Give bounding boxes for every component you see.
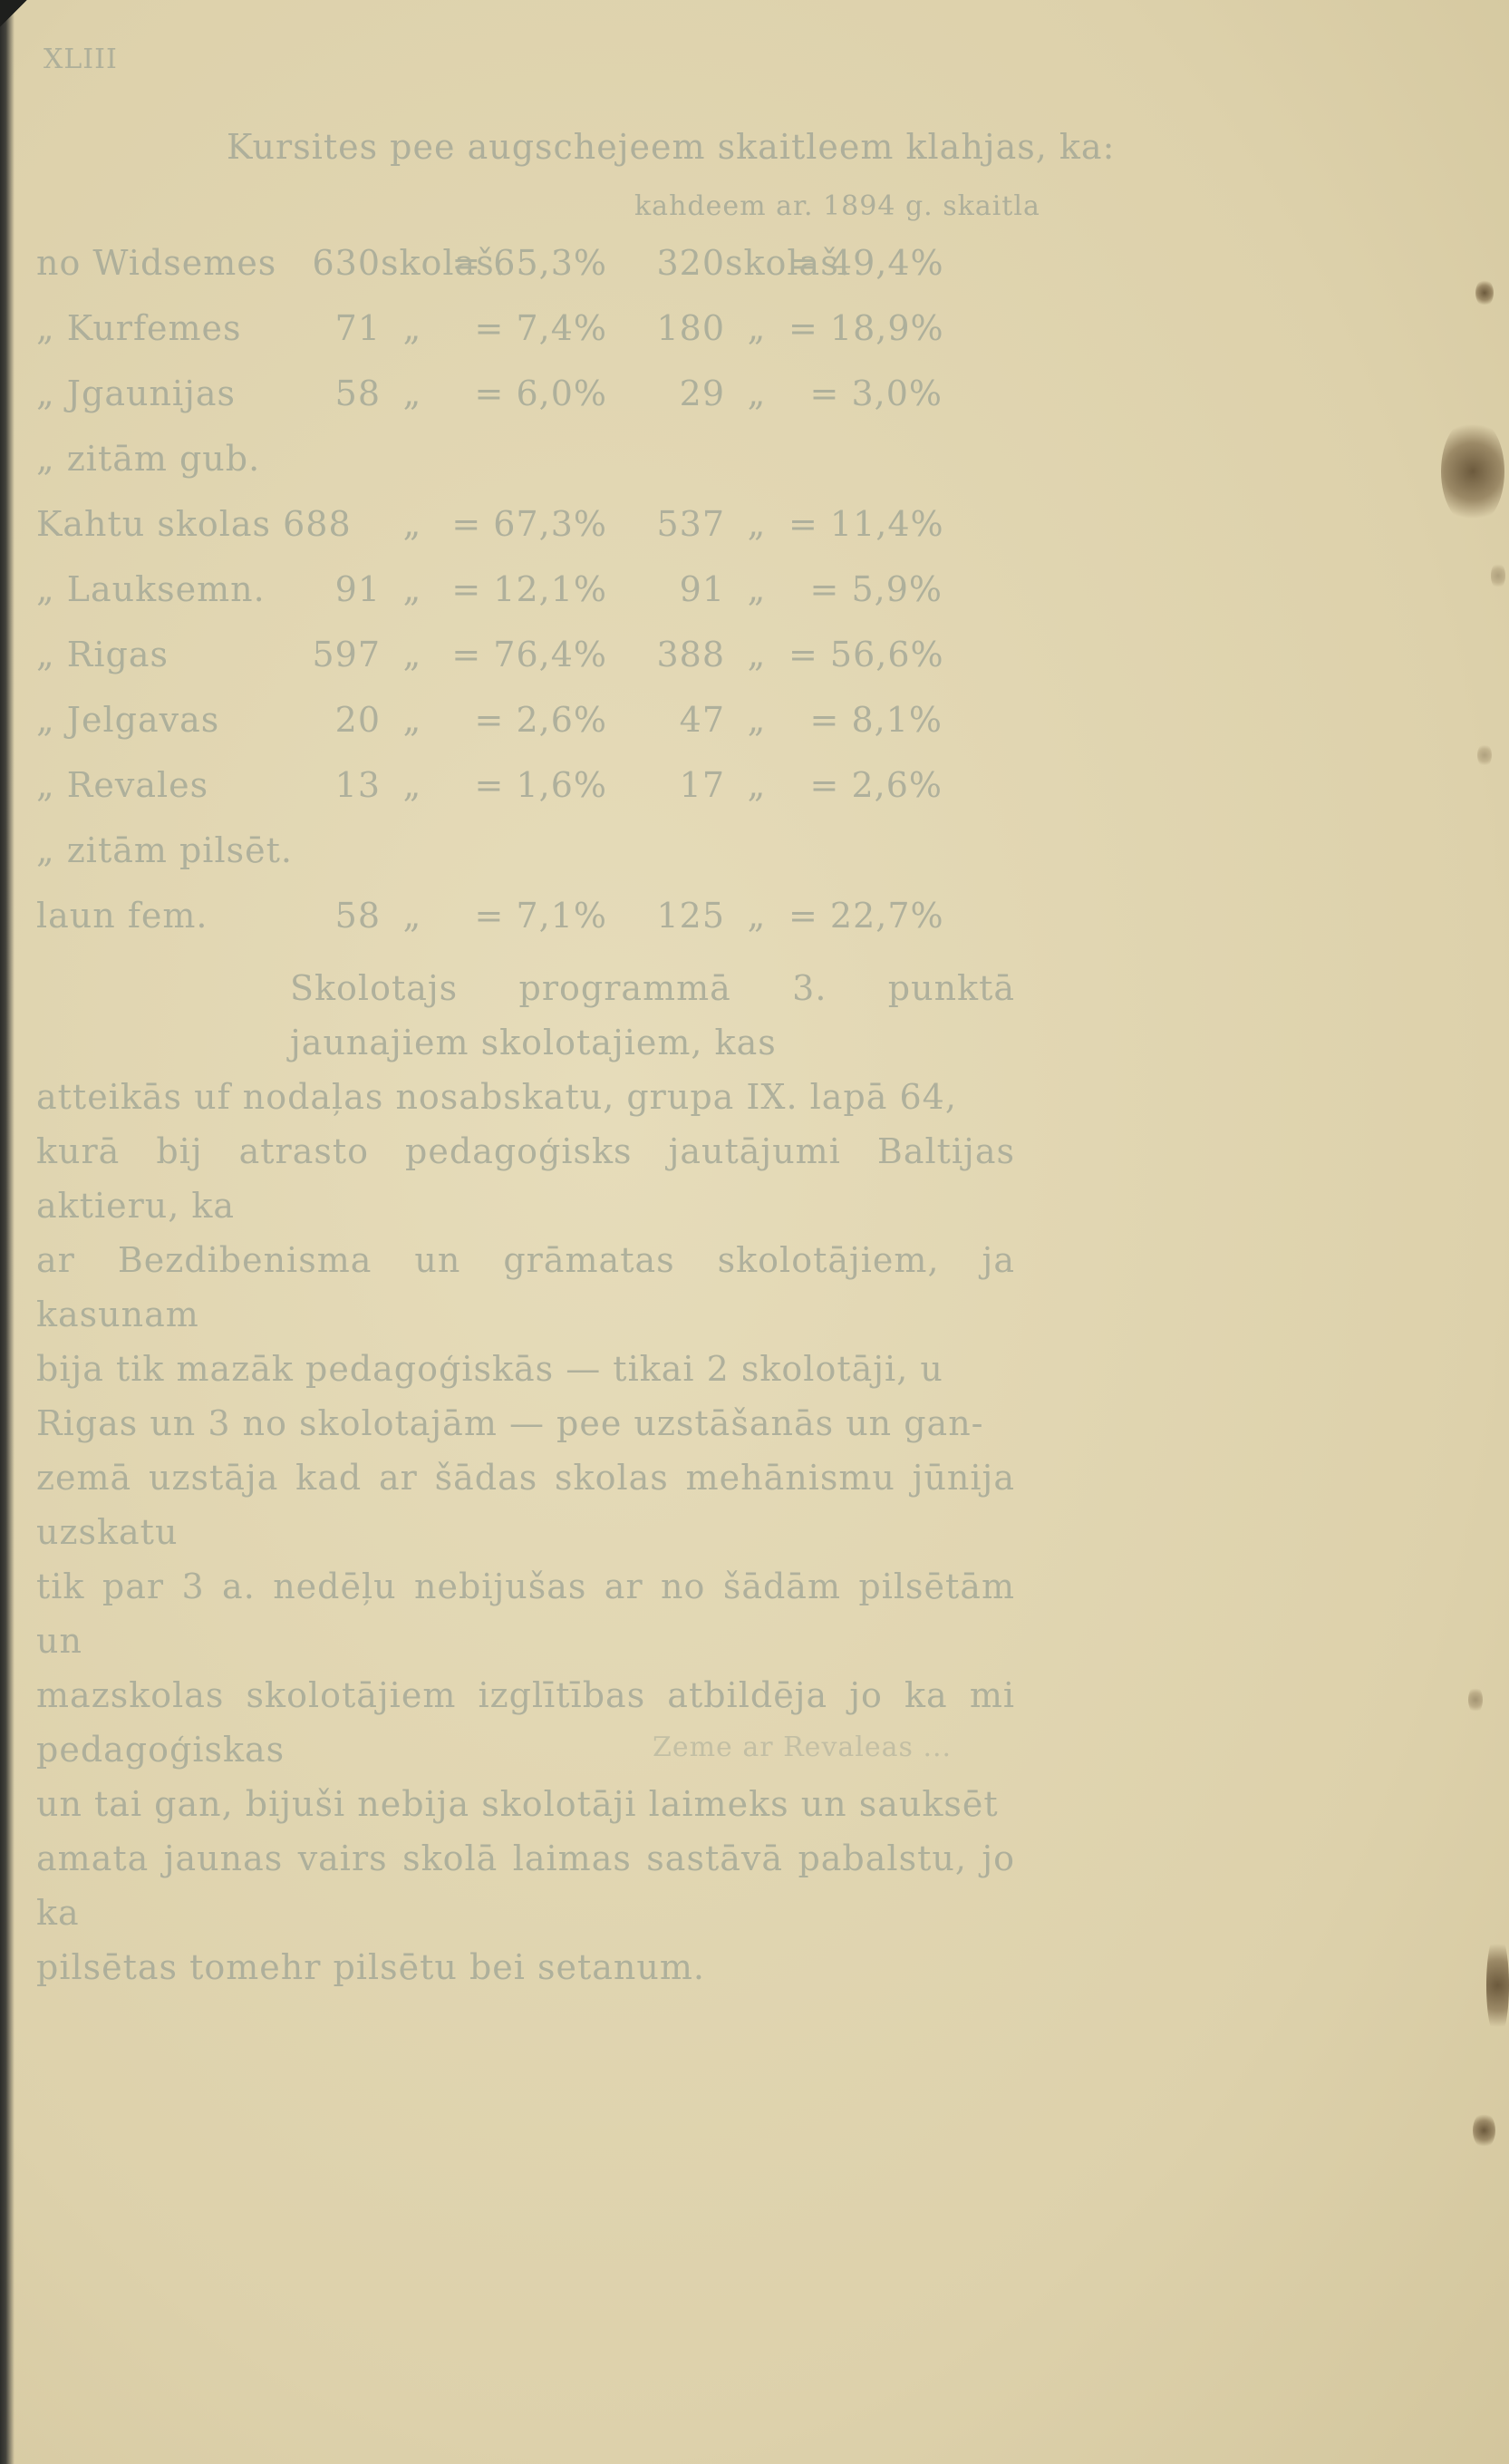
paragraph-line: atteikās uf nodaļas nosabskatu, grupa IX… (36, 1070, 1015, 1124)
table-row: „ zitām gub. (36, 439, 254, 479)
table-row: „ Jelgavas 20 „ = 2,6% 47 „ = 8,1% (36, 700, 943, 740)
table-subheader: kahdeem ar. 1894 g. skaitla (634, 190, 1040, 222)
paper-stain (1486, 1931, 1509, 2040)
paper-stain (1473, 2112, 1495, 2149)
table-row: „ zitām pilsēt. (36, 830, 254, 870)
table-row: „ Lauksemn. 91 „ = 12,1% 91 „ = 5,9% (36, 569, 943, 609)
table-row: „ Revales 13 „ = 1,6% 17 „ = 2,6% (36, 765, 943, 805)
body-paragraph: Skolotajs programmā 3. punktā jaunajiem … (36, 961, 1015, 1994)
paragraph-line: tik par 3 a. nedēļu nebijušas ar no šādā… (36, 1559, 1015, 1668)
paragraph-line: Rigas un 3 no skolotajām — pee uzstāšanā… (36, 1396, 1015, 1450)
paragraph-line: ar Bezdibenisma un grāmatas skolotājiem,… (36, 1233, 1015, 1342)
table-row: „ Jgaunijas 58 „ = 6,0% 29 „ = 3,0% (36, 373, 943, 413)
scan-edge (0, 0, 15, 2464)
paragraph-line: zemā uzstāja kad ar šādas skolas mehānis… (36, 1450, 1015, 1559)
paragraph-line: pilsētas tomehr pilsētu bei setanum. (36, 1940, 1015, 1994)
paragraph-line: bija tik mazāk pedagoģiskās — tikai 2 sk… (36, 1342, 1015, 1396)
table-row: no Widsemes 630 skolaš. = 65,3% 320 skol… (36, 243, 943, 283)
table-row: „ Rigas 597 „ = 76,4% 388 „ = 56,6% (36, 635, 943, 674)
paper-stain (1468, 1686, 1483, 1713)
paper-stain (1491, 562, 1505, 589)
table-row: „ Kurfemes 71 „ = 7,4% 180 „ = 18,9% (36, 308, 943, 348)
page-number: XLIII (44, 44, 118, 75)
paragraph-line: un tai gan, bijuši nebija skolotāji laim… (36, 1777, 1015, 1831)
paper-stain (1441, 417, 1504, 526)
paragraph-line: kurā bij atrasto pedagoģisks jautājumi B… (36, 1124, 1015, 1233)
show-through-footnote: Zeme ar Revaleas ... (653, 1732, 952, 1763)
table-row: Kahtu skolas 688 „ = 67,3% 537 „ = 11,4% (36, 504, 943, 544)
paragraph-line: Skolotajs programmā 3. punktā jaunajiem … (36, 961, 1015, 1070)
paper-stain (1477, 743, 1492, 767)
scan-corner (0, 0, 27, 27)
table-row: laun fem. 58 „ = 7,1% 125 „ = 22,7% (36, 896, 943, 936)
document-page: XLIII Kursites pee augschejeem skaitleem… (0, 0, 1509, 2464)
paper-stain (1475, 279, 1494, 306)
table-header: Kursites pee augschejeem skaitleem klahj… (227, 127, 1115, 167)
paragraph-line: amata jaunas vairs skolā laimas sastāvā … (36, 1831, 1015, 1940)
